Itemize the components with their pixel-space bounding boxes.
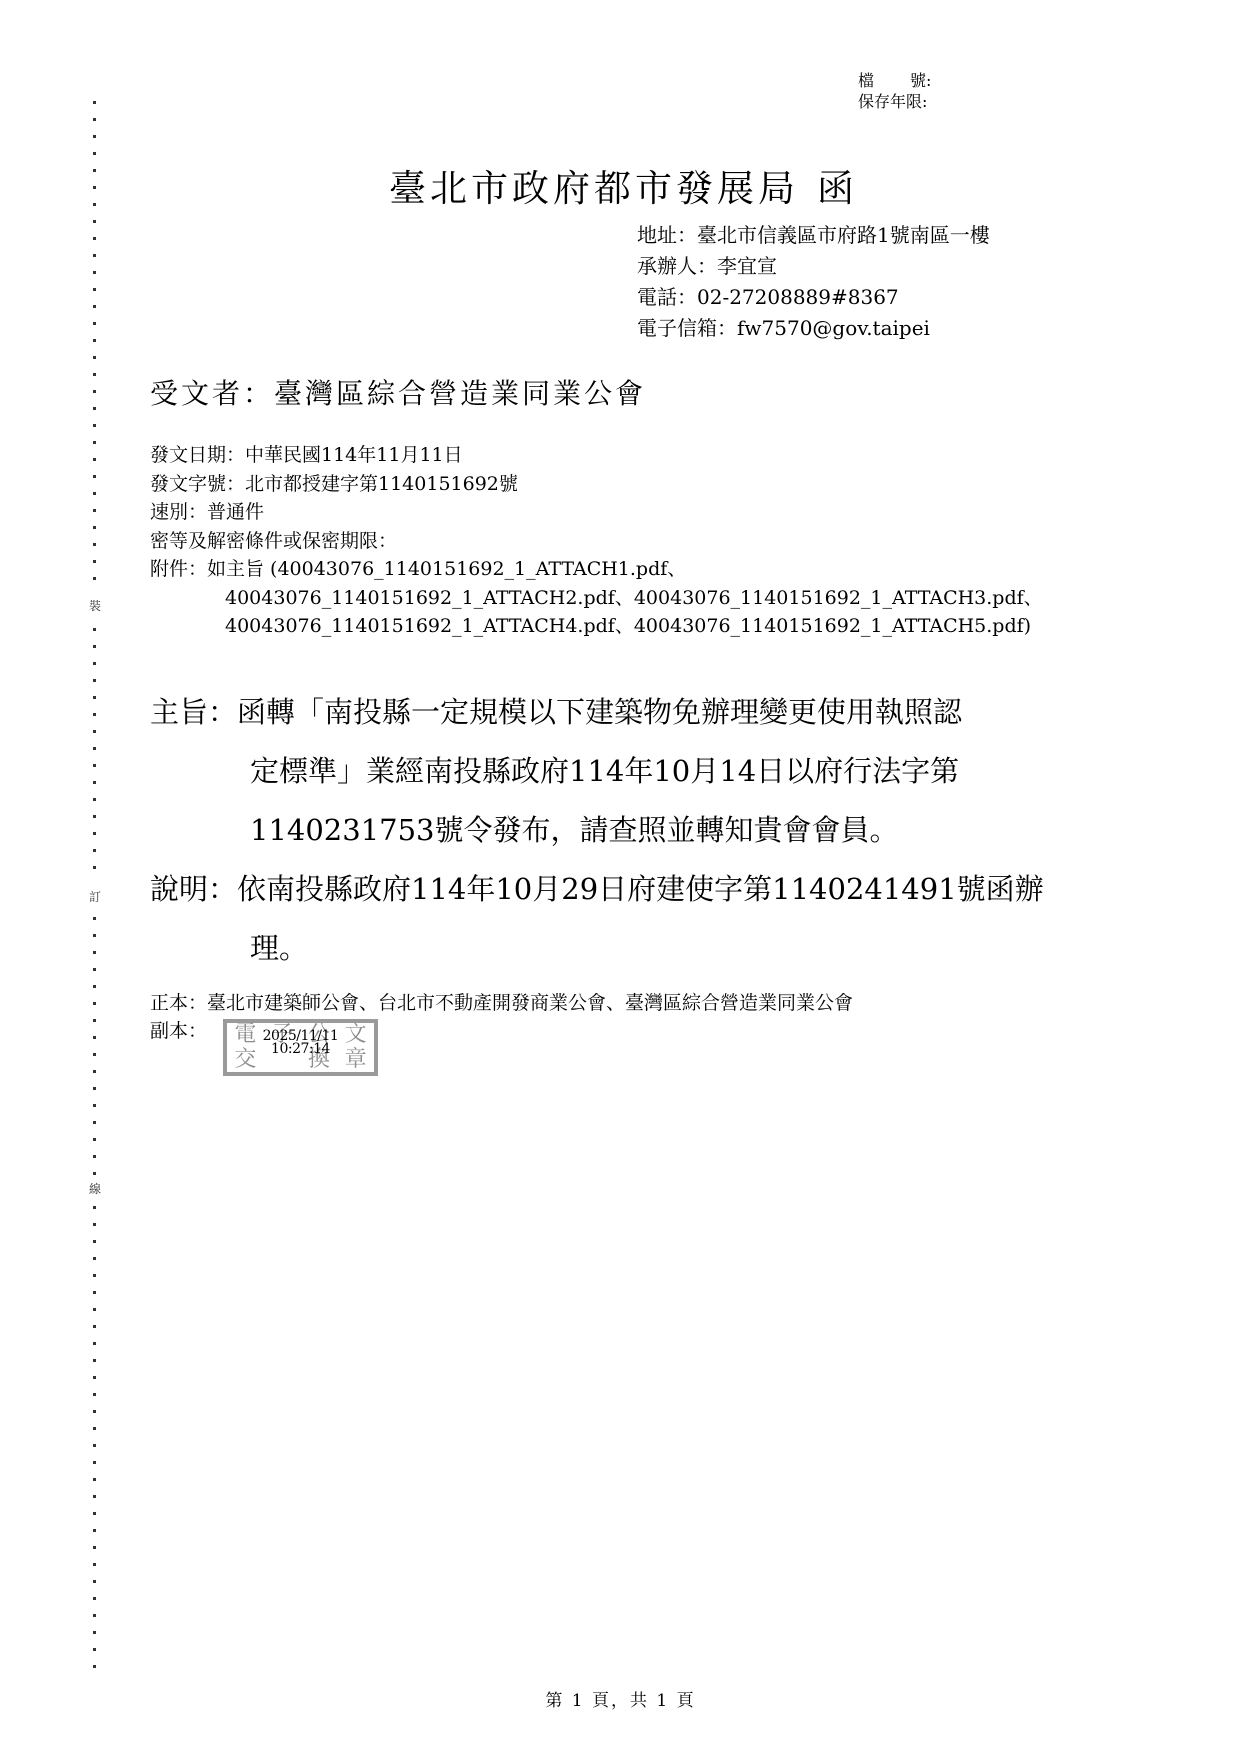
binding-dot xyxy=(93,1597,96,1600)
binding-dot xyxy=(93,373,96,376)
header-fields: 發文日期：中華民國114年11月11日 發文字號：北市都授建字第11401516… xyxy=(150,441,1043,641)
binding-dot xyxy=(93,1665,96,1668)
binding-dot xyxy=(93,1376,96,1379)
binding-mark-line: 線 xyxy=(88,1180,102,1197)
subject-line-1: 主旨：函轉「南投縣一定規模以下建築物免辦理變更使用執照認 xyxy=(150,683,962,742)
binding-dot xyxy=(93,135,96,138)
file-number-label: 檔號: xyxy=(858,70,931,91)
binding-dot xyxy=(93,1240,96,1243)
binding-dot xyxy=(93,101,96,104)
speed-category: 速別：普通件 xyxy=(150,498,1043,527)
binding-dot xyxy=(93,1036,96,1039)
binding-dot xyxy=(93,815,96,818)
binding-dot xyxy=(93,1121,96,1124)
subject: 主旨：函轉「南投縣一定規模以下建築物免辦理變更使用執照認 定標準」業經南投縣政府… xyxy=(150,683,962,860)
binding-dot xyxy=(93,1291,96,1294)
binding-dot xyxy=(93,1410,96,1413)
binding-dot xyxy=(93,1308,96,1311)
binding-dot xyxy=(93,985,96,988)
binding-dot xyxy=(93,747,96,750)
contact-info: 地址：臺北市信義區市府路1號南區一樓 承辦人：李宜宣 電話：02-2720888… xyxy=(637,220,990,344)
binding-dot xyxy=(93,475,96,478)
binding-dot xyxy=(93,169,96,172)
address: 地址：臺北市信義區市府路1號南區一樓 xyxy=(637,220,990,251)
binding-dot xyxy=(93,1512,96,1515)
binding-dot xyxy=(93,866,96,869)
binding-dot xyxy=(93,1019,96,1022)
original-recipients: 正本：臺北市建築師公會、台北市不動產開發商業公會、臺灣區綜合營造業同業公會 xyxy=(150,989,853,1017)
binding-dot xyxy=(93,730,96,733)
binding-dot xyxy=(93,1461,96,1464)
recipient: 受文者：臺灣區綜合營造業同業公會 xyxy=(150,372,646,412)
binding-dot xyxy=(93,1393,96,1396)
stamp-time: 10:27:14 xyxy=(227,1043,374,1056)
binding-dot xyxy=(93,577,96,580)
binding-mark-bind: 裝 xyxy=(88,597,102,614)
email: 電子信箱：fw7570@gov.taipei xyxy=(637,313,990,344)
document-title: 臺北市政府都市發展局函 xyxy=(0,158,1241,212)
binding-dot xyxy=(93,271,96,274)
binding-dot xyxy=(93,203,96,206)
file-meta: 檔號: 保存年限: xyxy=(858,70,931,112)
binding-dot xyxy=(93,917,96,920)
binding-dot xyxy=(93,1104,96,1107)
binding-dot xyxy=(93,696,96,699)
page-number: 第 1 頁，共 1 頁 xyxy=(0,1686,1241,1711)
binding-dot xyxy=(93,951,96,954)
binding-dot xyxy=(93,1087,96,1090)
binding-dot xyxy=(93,1274,96,1277)
binding-dot xyxy=(93,713,96,716)
description-line-2: 理。 xyxy=(150,919,1044,978)
binding-dot xyxy=(93,781,96,784)
binding-dot xyxy=(93,1002,96,1005)
binding-dot xyxy=(93,1648,96,1651)
binding-dot xyxy=(93,220,96,223)
binding-dot xyxy=(93,934,96,937)
issue-date: 發文日期：中華民國114年11月11日 xyxy=(150,441,1043,470)
binding-dot xyxy=(93,1257,96,1260)
binding-dot xyxy=(93,1070,96,1073)
binding-dot xyxy=(93,662,96,665)
attachments-line-2: 40043076_1140151692_1_ATTACH2.pdf、400430… xyxy=(150,584,1043,613)
binding-dot xyxy=(93,679,96,682)
binding-dot xyxy=(93,407,96,410)
binding-dot xyxy=(93,288,96,291)
binding-dot xyxy=(93,390,96,393)
binding-dot xyxy=(93,424,96,427)
binding-dot xyxy=(93,1342,96,1345)
phone: 電話：02-27208889#8367 xyxy=(637,282,990,313)
binding-dot xyxy=(93,441,96,444)
binding-dot xyxy=(93,1444,96,1447)
binding-dot xyxy=(93,1478,96,1481)
binding-dot xyxy=(93,764,96,767)
confidentiality: 密等及解密條件或保密期限： xyxy=(150,527,1043,556)
binding-dot xyxy=(93,798,96,801)
binding-dot xyxy=(93,1206,96,1209)
binding-dot xyxy=(93,1155,96,1158)
handler: 承辦人：李宜宣 xyxy=(637,251,990,282)
binding-dot xyxy=(93,645,96,648)
binding-dot xyxy=(93,628,96,631)
binding-dot xyxy=(93,356,96,359)
binding-dot xyxy=(93,322,96,325)
binding-dot xyxy=(93,254,96,257)
binding-mark-staple: 訂 xyxy=(88,888,102,905)
retention-period-label: 保存年限: xyxy=(858,91,931,112)
binding-dot xyxy=(93,509,96,512)
binding-dot xyxy=(93,118,96,121)
binding-dot xyxy=(93,1359,96,1362)
binding-dot xyxy=(93,237,96,240)
binding-dot xyxy=(93,1529,96,1532)
binding-dot xyxy=(93,1223,96,1226)
binding-dot xyxy=(93,339,96,342)
binding-dot xyxy=(93,526,96,529)
agency-name: 臺北市政府都市發展局 xyxy=(389,167,799,210)
binding-dot xyxy=(93,832,96,835)
binding-dot xyxy=(93,1580,96,1583)
binding-dot xyxy=(93,1563,96,1566)
binding-dot xyxy=(93,186,96,189)
binding-dot xyxy=(93,458,96,461)
description: 說明：依南投縣政府114年10月29日府建使字第1140241491號函辦 理。 xyxy=(150,860,1044,978)
binding-dot xyxy=(93,1495,96,1498)
document-number: 發文字號：北市都授建字第1140151692號 xyxy=(150,470,1043,499)
attachments-line-1: 附件：如主旨 (40043076_1140151692_1_ATTACH1.pd… xyxy=(150,555,1043,584)
subject-line-2: 定標準」業經南投縣政府114年10月14日以府行法字第 xyxy=(150,742,962,801)
binding-dot xyxy=(93,1614,96,1617)
binding-dot xyxy=(93,543,96,546)
document-type: 函 xyxy=(817,167,858,210)
attachments-line-3: 40043076_1140151692_1_ATTACH4.pdf、400430… xyxy=(150,612,1043,641)
binding-dot xyxy=(93,1631,96,1634)
binding-margin: 裝 訂 線 xyxy=(88,95,102,1675)
binding-dot xyxy=(93,152,96,155)
binding-dot xyxy=(93,849,96,852)
binding-dot xyxy=(93,1325,96,1328)
binding-dot xyxy=(93,560,96,563)
binding-dot xyxy=(93,1053,96,1056)
binding-dot xyxy=(93,1546,96,1549)
binding-dot xyxy=(93,492,96,495)
binding-dot xyxy=(93,1138,96,1141)
binding-dot xyxy=(93,1427,96,1430)
subject-line-3: 1140231753號令發布，請查照並轉知貴會會員。 xyxy=(150,801,962,860)
description-line-1: 說明：依南投縣政府114年10月29日府建使字第1140241491號函辦 xyxy=(150,860,1044,919)
binding-dot xyxy=(93,1172,96,1175)
stamp-timestamp: 2025/11/11 10:27:14 xyxy=(227,1030,374,1056)
binding-dot xyxy=(93,968,96,971)
binding-dot xyxy=(93,305,96,308)
electronic-exchange-stamp: 電 子 公 文 交 換 章 2025/11/11 10:27:14 xyxy=(223,1019,378,1076)
